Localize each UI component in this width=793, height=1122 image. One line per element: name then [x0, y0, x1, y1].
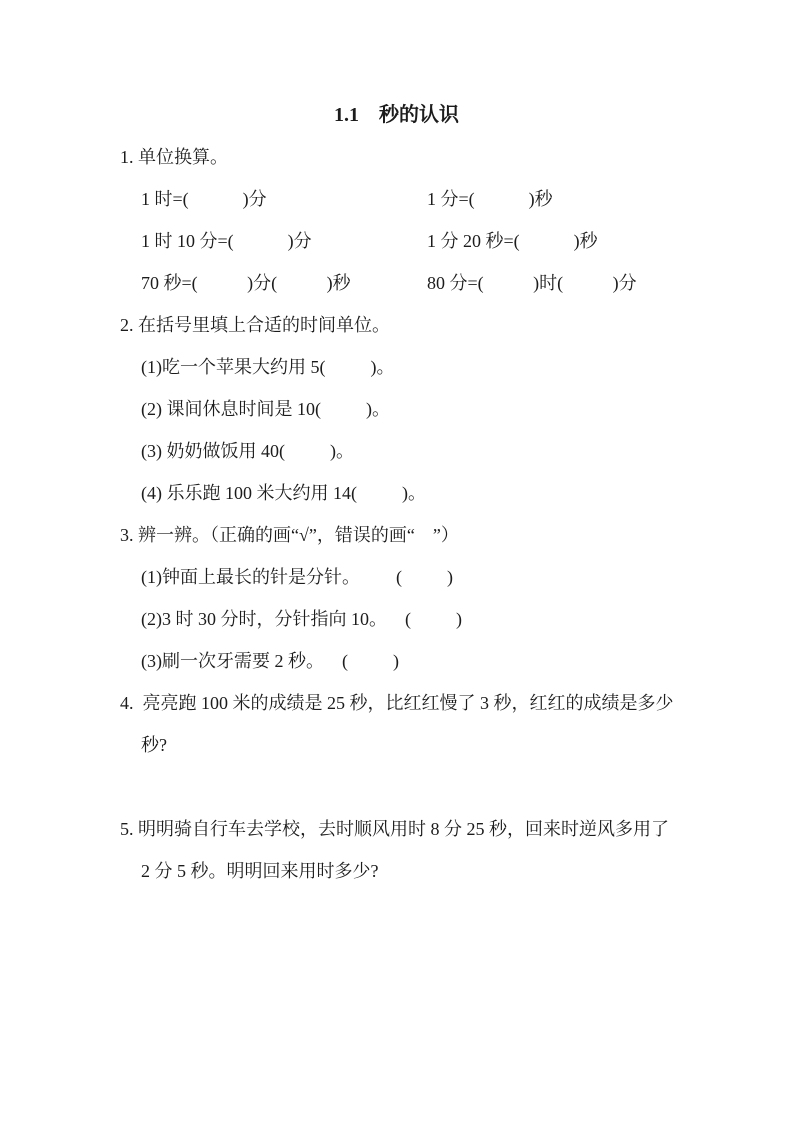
q1-row-2: 1 时 10 分=( )分 1 分 20 秒=( )秒 [120, 220, 732, 262]
q2-item-4: (4) 乐乐跑 100 米大约用 14( )。 [120, 472, 732, 514]
q5-line-2: 2 分 5 秒。明明回来用时多少? [120, 850, 732, 892]
q2-heading: 2. 在括号里填上合适的时间单位。 [120, 304, 732, 346]
q3-item-2: (2)3 时 30 分时，分针指向 10。 ( ) [120, 598, 732, 640]
q1-heading: 1. 单位换算。 [120, 136, 732, 178]
q1-row-1: 1 时=( )分 1 分=( )秒 [120, 178, 732, 220]
q1-row-2-right: 1 分 20 秒=( )秒 [427, 220, 598, 262]
q2-item-2: (2) 课间休息时间是 10( )。 [120, 388, 732, 430]
q1-row-3-left: 70 秒=( )分( )秒 [141, 262, 427, 304]
q1-row-3-right: 80 分=( )时( )分 [427, 262, 637, 304]
q4-answer-space [120, 766, 732, 808]
page-title: 1.1 秒的认识 [0, 94, 793, 136]
q4-line-1: 4. 亮亮跑 100 米的成绩是 25 秒，比红红慢了 3 秒，红红的成绩是多少 [120, 682, 732, 724]
q4-line-2: 秒? [120, 724, 732, 766]
q5-line-1: 5. 明明骑自行车去学校，去时顺风用时 8 分 25 秒，回来时逆风多用了 [120, 808, 732, 850]
q2-item-3: (3) 奶奶做饭用 40( )。 [120, 430, 732, 472]
q1-row-1-left: 1 时=( )分 [141, 178, 427, 220]
q1-row-2-left: 1 时 10 分=( )分 [141, 220, 427, 262]
q1-row-3: 70 秒=( )分( )秒 80 分=( )时( )分 [120, 262, 732, 304]
q3-heading: 3. 辨一辨。（正确的画“√”，错误的画“ ”） [120, 514, 732, 556]
q1-row-1-right: 1 分=( )秒 [427, 178, 553, 220]
worksheet-content: 1. 单位换算。 1 时=( )分 1 分=( )秒 1 时 10 分=( )分… [120, 136, 732, 892]
q3-item-3: (3)刷一次牙需要 2 秒。 ( ) [120, 640, 732, 682]
worksheet-page: 1.1 秒的认识 1. 单位换算。 1 时=( )分 1 分=( )秒 1 时 … [0, 0, 793, 1122]
q3-item-1: (1)钟面上最长的针是分针。 ( ) [120, 556, 732, 598]
q2-item-1: (1)吃一个苹果大约用 5( )。 [120, 346, 732, 388]
